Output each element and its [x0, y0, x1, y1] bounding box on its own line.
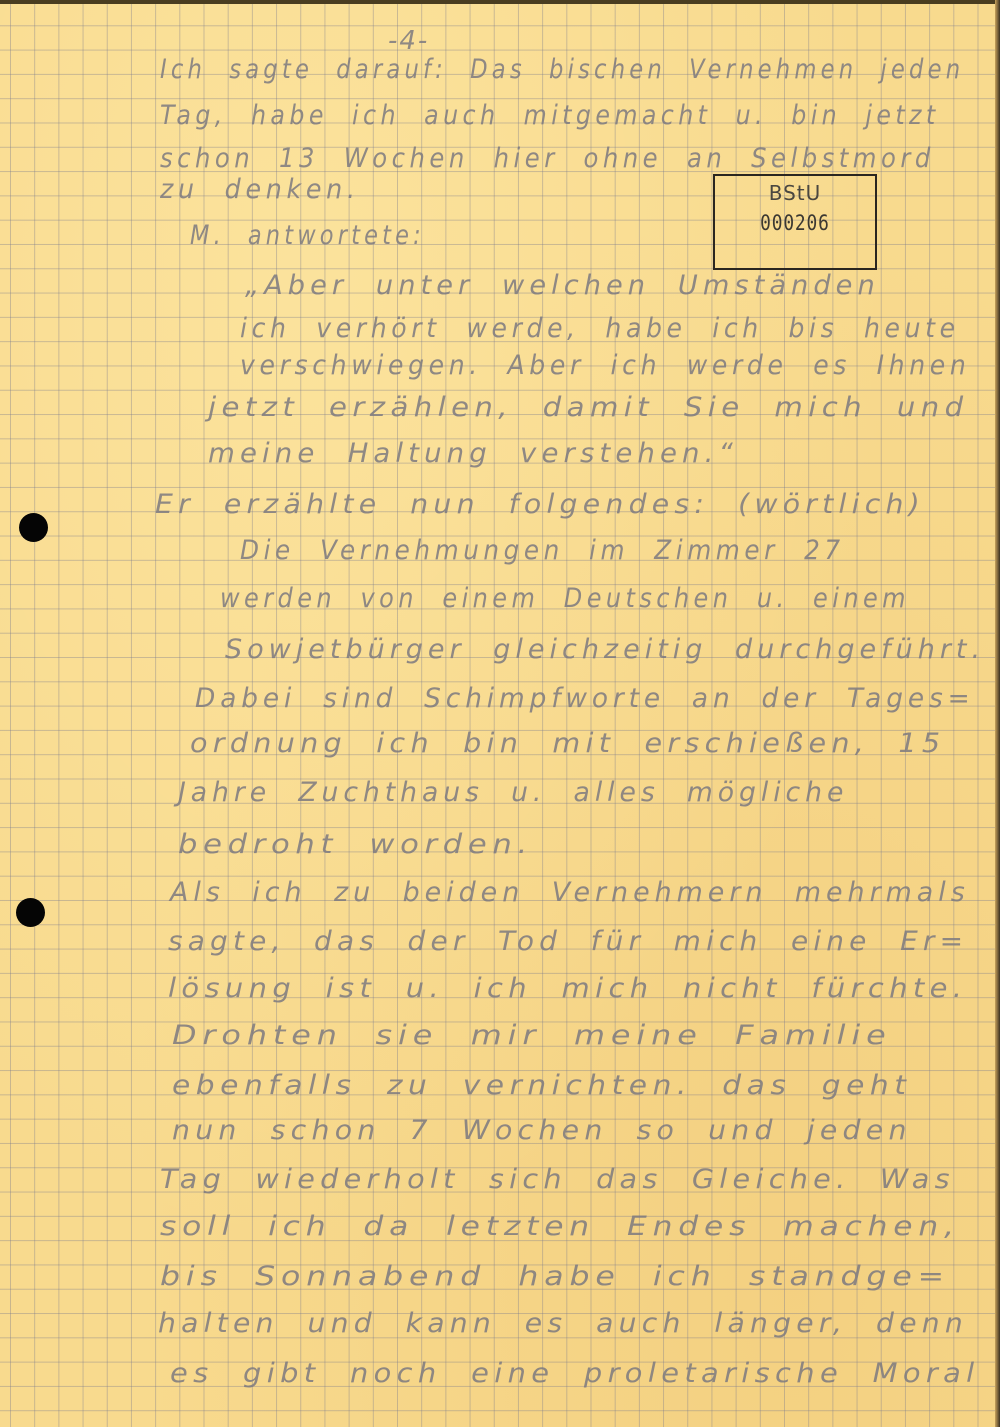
handwritten-line: M. antwortete:	[190, 220, 425, 251]
handwritten-line: es gibt noch eine proletarische Moral	[170, 1358, 980, 1389]
handwritten-line: schon 13 Wochen hier ohne an Selbstmord	[160, 143, 935, 174]
handwritten-line: meine Haltung verstehen.“	[208, 438, 738, 469]
handwritten-line: nun schon 7 Wochen so und jeden	[172, 1115, 912, 1146]
handwritten-line: verschwiegen. Aber ich werde es Ihnen	[240, 350, 970, 381]
stamp-number: 000206	[760, 211, 830, 235]
handwritten-line: Dabei sind Schimpfworte an der Tages=	[195, 683, 975, 714]
handwritten-line: ebenfalls zu vernichten. das geht	[172, 1070, 911, 1101]
handwritten-line: Tag, habe ich auch mitgemacht u. bin jet…	[160, 100, 940, 131]
handwritten-line: bis Sonnabend habe ich standge=	[160, 1261, 950, 1292]
handwritten-line: werden von einem Deutschen u. einem	[220, 583, 910, 614]
archive-stamp: BStU 000206	[713, 174, 877, 270]
handwritten-line: Ich sagte darauf: Das bischen Vernehmen …	[160, 54, 964, 85]
handwritten-line: Die Vernehmungen im Zimmer 27	[240, 535, 845, 566]
handwritten-line: ich verhört werde, habe ich bis heute	[240, 313, 960, 344]
handwritten-line: soll ich da letzten Endes machen,	[160, 1211, 960, 1242]
handwritten-line: sagte, das der Tod für mich eine Er=	[168, 926, 968, 957]
handwritten-line: halten und kann es auch länger, denn	[158, 1308, 968, 1339]
handwritten-line: zu denken.	[160, 174, 360, 205]
handwritten-line: ordnung ich bin mit erschießen, 15	[190, 728, 945, 759]
punch-hole-icon	[19, 513, 48, 542]
handwritten-line: Drohten sie mir meine Familie	[172, 1020, 892, 1051]
stamp-agency: BStU	[715, 181, 875, 205]
handwritten-line: Er erzählte nun folgendes: (wörtlich)	[155, 489, 925, 520]
punch-hole-icon	[16, 898, 45, 927]
scan-right-edge	[995, 0, 1000, 1427]
handwritten-line: lösung ist u. ich mich nicht fürchte.	[168, 973, 967, 1004]
page-number: -4-	[388, 26, 429, 56]
handwritten-line: Jahre Zuchthaus u. alles mögliche	[178, 777, 848, 808]
handwritten-line: jetzt erzählen, damit Sie mich und	[208, 392, 969, 423]
handwritten-line: „Aber unter welchen Umständen	[245, 270, 880, 301]
handwritten-line: Als ich zu beiden Vernehmern mehrmals	[170, 877, 970, 908]
handwritten-line: Tag wiederholt sich das Gleiche. Was	[160, 1164, 955, 1195]
graph-paper-sheet: -4- BStU 000206 Ich sagte darauf: Das bi…	[0, 4, 995, 1427]
handwritten-line: Sowjetbürger gleichzeitig durchgeführt.	[225, 634, 985, 665]
handwritten-line: bedroht worden.	[178, 829, 533, 860]
